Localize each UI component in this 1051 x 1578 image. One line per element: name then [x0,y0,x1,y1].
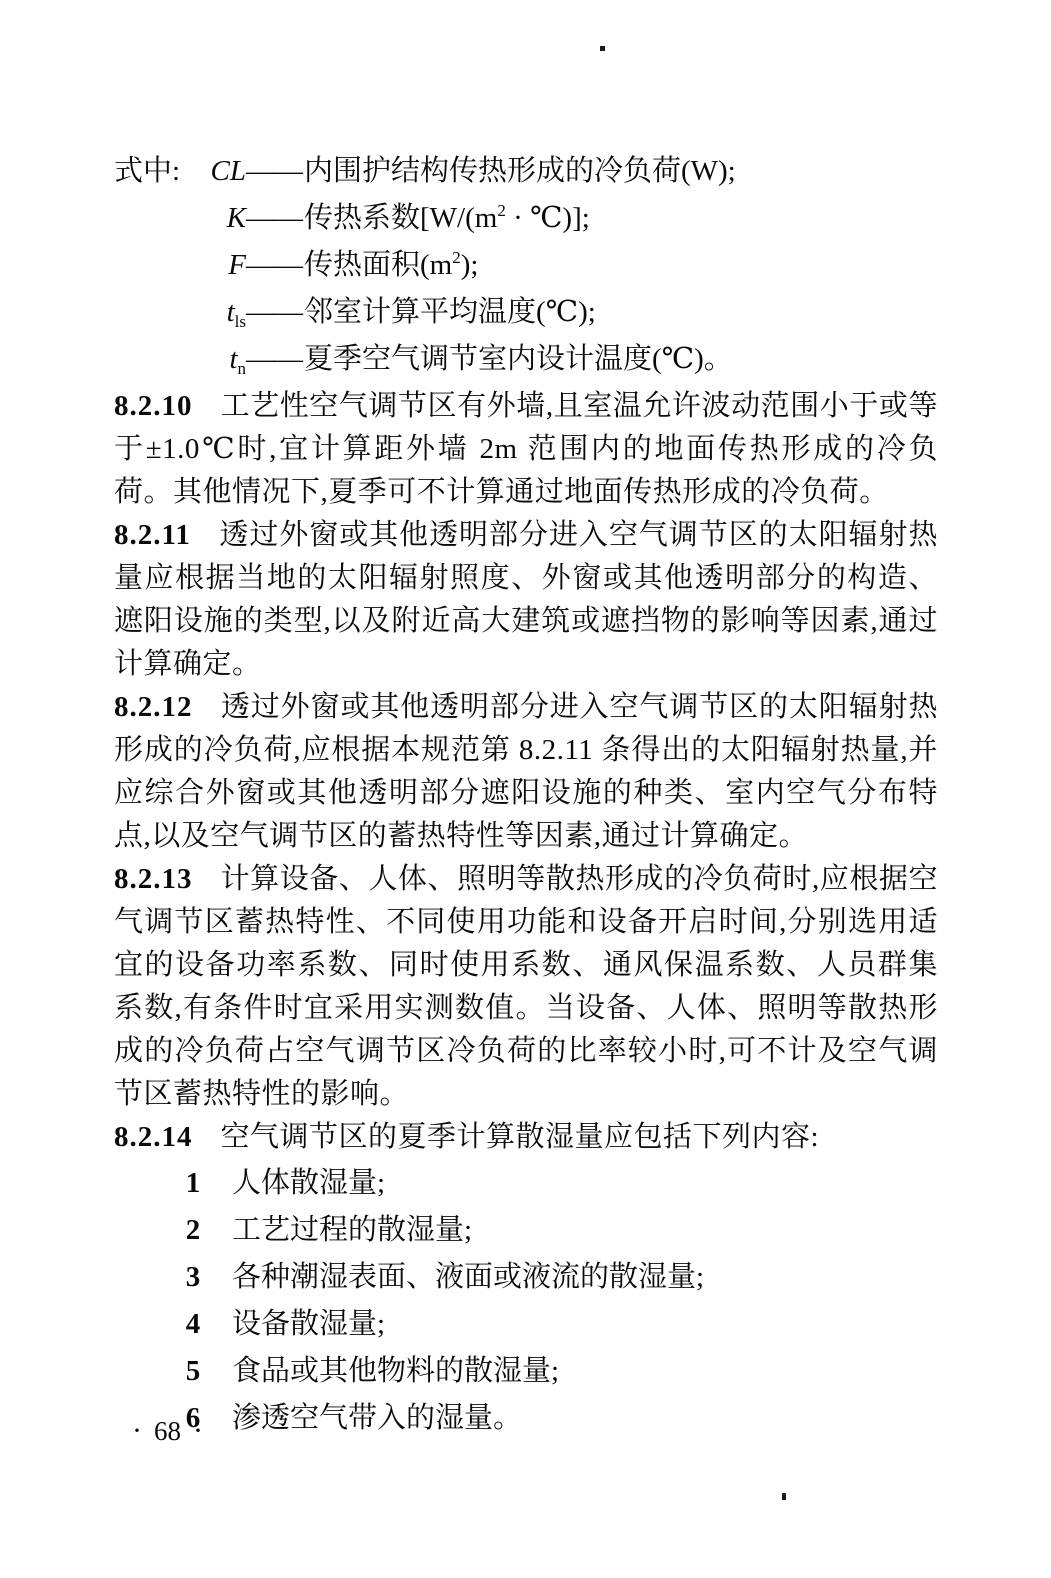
clause-8-2-11: 8.2.11透过外窗或其他透明部分进入空气调节区的太阳辐射热量应根据当地的太阳辐… [114,514,938,686]
clause-number: 8.2.12 [114,691,193,723]
page-number: 68 [154,1414,181,1448]
footer-dot-icon: · [193,1414,203,1448]
list-item-text: 各种潮湿表面、液面或液流的散湿量; [232,1254,704,1301]
definition-term: tls [114,289,246,336]
list-item-text: 工艺过程的散湿量; [232,1207,472,1254]
symbol-t-n: tn [229,336,246,383]
footer-dot-icon: · [132,1414,142,1448]
definition-row-tn: tn —— 夏季空气调节室内设计温度(℃)。 [114,336,938,383]
clause-number: 8.2.11 [114,519,191,551]
list-item-number: 5 [180,1348,206,1395]
scan-speck-icon [600,46,605,51]
clause-number: 8.2.13 [114,863,193,895]
list-item-number: 3 [180,1254,206,1301]
definition-term: F [114,242,246,289]
list-item-text: 渗透空气带入的湿量。 [232,1395,522,1442]
definition-text: 传热系数[W/(m2 · ℃)]; [304,195,590,242]
symbol-k: K [227,195,246,242]
clause-number: 8.2.10 [114,390,193,422]
scanned-document-page: 式中: CL —— 内围护结构传热形成的冷负荷(W); K —— 传热系数[W/… [0,0,1051,1578]
where-prefix-label: 式中: [114,148,180,195]
scan-speck-icon [782,1493,786,1500]
em-dash: —— [246,195,304,242]
definition-row-cl: 式中: CL —— 内围护结构传热形成的冷负荷(W); [114,148,938,195]
definition-text: 夏季空气调节室内设计温度(℃)。 [304,336,733,383]
list-item: 6 渗透空气带入的湿量。 [114,1395,938,1442]
list-item-text: 设备散湿量; [232,1301,385,1348]
list-item-number: 4 [180,1301,206,1348]
clause-number: 8.2.14 [114,1121,193,1153]
symbol-t-ls: tls [227,289,246,336]
em-dash: —— [246,242,304,289]
list-item: 5 食品或其他物料的散湿量; [114,1348,938,1395]
clause-8-2-10: 8.2.10工艺性空气调节区有外墙,且室温允许波动范围小于或等于±1.0℃时,宜… [114,385,938,514]
moisture-gain-list: 1 人体散湿量; 2 工艺过程的散湿量; 3 各种潮湿表面、液面或液流的散湿量;… [114,1160,938,1442]
clause-text: 计算设备、人体、照明等散热形成的冷负荷时,应根据空气调节区蓄热特性、不同使用功能… [114,863,938,1110]
definition-term: K [114,195,246,242]
clause-8-2-13: 8.2.13计算设备、人体、照明等散热形成的冷负荷时,应根据空气调节区蓄热特性、… [114,858,938,1116]
em-dash: —— [246,336,304,383]
definition-term: tn [114,336,246,383]
clause-8-2-12: 8.2.12透过外窗或其他透明部分进入空气调节区的太阳辐射热形成的冷负荷,应根据… [114,686,938,858]
symbol-f: F [228,242,246,289]
page-content: 式中: CL —— 内围护结构传热形成的冷负荷(W); K —— 传热系数[W/… [114,148,938,1442]
list-item: 1 人体散湿量; [114,1160,938,1207]
definition-text: 邻室计算平均温度(℃); [304,289,596,336]
definition-term: 式中: CL [114,148,246,195]
list-item-number: 1 [180,1160,206,1207]
definition-row-f: F —— 传热面积(m2); [114,242,938,289]
clause-text: 空气调节区的夏季计算散湿量应包括下列内容: [221,1121,820,1153]
definition-row-k: K —— 传热系数[W/(m2 · ℃)]; [114,195,938,242]
list-item: 3 各种潮湿表面、液面或液流的散湿量; [114,1254,938,1301]
clause-text: 透过外窗或其他透明部分进入空气调节区的太阳辐射热量应根据当地的太阳辐射照度、外窗… [114,519,938,680]
list-item-text: 人体散湿量; [232,1160,385,1207]
clause-text: 工艺性空气调节区有外墙,且室温允许波动范围小于或等于±1.0℃时,宜计算距外墙 … [114,390,938,508]
symbol-cl: CL [211,148,246,195]
page-number-footer: · 68 · [132,1414,203,1448]
em-dash: —— [246,289,304,336]
list-item-number: 2 [180,1207,206,1254]
formula-definitions-block: 式中: CL —— 内围护结构传热形成的冷负荷(W); K —— 传热系数[W/… [114,148,938,383]
clause-8-2-14: 8.2.14空气调节区的夏季计算散湿量应包括下列内容: [114,1116,938,1159]
em-dash: —— [246,148,304,195]
list-item: 4 设备散湿量; [114,1301,938,1348]
definition-text: 内围护结构传热形成的冷负荷(W); [304,148,736,195]
definition-text: 传热面积(m2); [304,242,478,289]
clause-text: 透过外窗或其他透明部分进入空气调节区的太阳辐射热形成的冷负荷,应根据本规范第 8… [114,691,938,852]
definition-row-tls: tls —— 邻室计算平均温度(℃); [114,289,938,336]
list-item: 2 工艺过程的散湿量; [114,1207,938,1254]
list-item-text: 食品或其他物料的散湿量; [232,1348,559,1395]
